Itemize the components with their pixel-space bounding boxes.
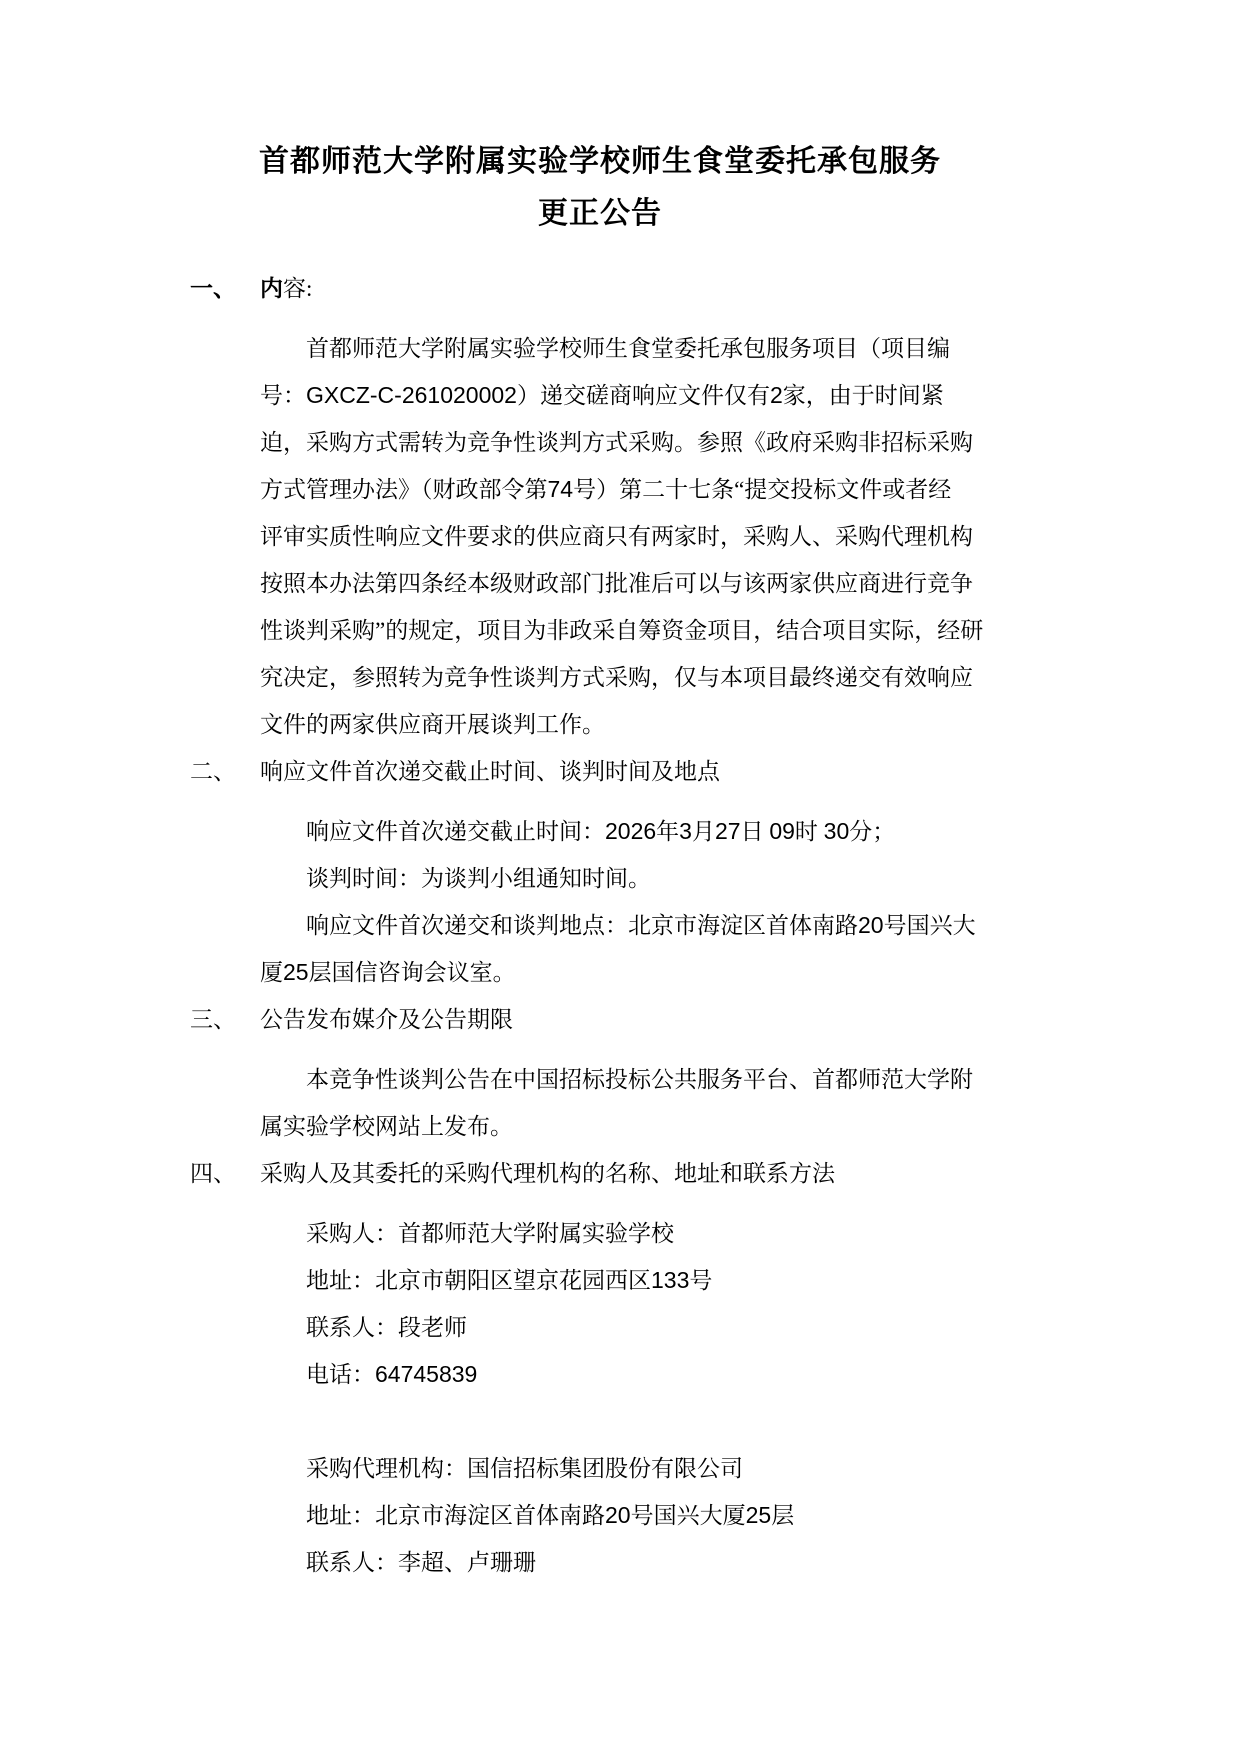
agency-address-line: 地址：北京市海淀区首体南路20号国兴大厦25层 [260, 1492, 1010, 1539]
section-heading-text-1: 内容: [260, 265, 312, 312]
paragraph-line: 按照本办法第四条经本级财政部门批准后可以与该两家供应商进行竞争 [260, 560, 1010, 607]
location-line-continued: 厦25层国信咨询会议室。 [260, 949, 1010, 996]
section-body-4: 采购人：首都师范大学附属实验学校 地址：北京市朝阳区望京花园西区133号 联系人… [260, 1210, 1010, 1586]
agency-name-line: 采购代理机构：国信招标集团股份有限公司 [260, 1445, 1010, 1492]
document-page: 首都师范大学附属实验学校师生食堂委托承包服务 更正公告 一、 内容: 首都师范大… [0, 0, 1240, 1752]
heading-regular-part: 容: [283, 276, 312, 301]
paragraph-line: 号：GXCZ-C-261020002）递交磋商响应文件仅有2家，由于时间紧 [260, 372, 1010, 419]
section-content: 一、 内容: 首都师范大学附属实验学校师生食堂委托承包服务项目（项目编 号：GX… [190, 265, 1010, 748]
section-number-2: 二、 [190, 748, 260, 795]
purchaser-contact-line: 联系人：段老师 [260, 1304, 1010, 1351]
paragraph-line: 性谈判采购”的规定，项目为非政采自筹资金项目，结合项目实际，经研 [260, 607, 1010, 654]
document-title: 首都师范大学附属实验学校师生食堂委托承包服务 更正公告 [190, 136, 1010, 240]
section-body-3: 本竞争性谈判公告在中国招标投标公共服务平台、首都师范大学附 属实验学校网站上发布… [260, 1056, 1010, 1150]
purchaser-address-line: 地址：北京市朝阳区望京花园西区133号 [260, 1257, 1010, 1304]
location-line: 响应文件首次递交和谈判地点：北京市海淀区首体南路20号国兴大 [260, 902, 1010, 949]
blank-line [260, 1398, 1010, 1445]
deadline-line: 响应文件首次递交截止时间：2026年3月27日 09时 30分； [260, 808, 1010, 855]
section-deadline: 二、 响应文件首次递交截止时间、谈判时间及地点 响应文件首次递交截止时间：202… [190, 748, 1010, 996]
document-title-line-2: 更正公告 [190, 188, 1010, 240]
media-line: 本竞争性谈判公告在中国招标投标公共服务平台、首都师范大学附 [260, 1056, 1010, 1103]
section-heading-4: 四、 采购人及其委托的采购代理机构的名称、地址和联系方法 [190, 1150, 1010, 1197]
section-number-4: 四、 [190, 1150, 260, 1197]
purchaser-name-line: 采购人：首都师范大学附属实验学校 [260, 1210, 1010, 1257]
section-media: 三、 公告发布媒介及公告期限 本竞争性谈判公告在中国招标投标公共服务平台、首都师… [190, 996, 1010, 1150]
section-heading-text-3: 公告发布媒介及公告期限 [260, 996, 513, 1043]
paragraph-line: 评审实质性响应文件要求的供应商只有两家时，采购人、采购代理机构 [260, 513, 1010, 560]
document-title-line-1: 首都师范大学附属实验学校师生食堂委托承包服务 [190, 136, 1010, 188]
paragraph-line: 迫，采购方式需转为竞争性谈判方式采购。参照《政府采购非招标采购 [260, 419, 1010, 466]
section-heading-2: 二、 响应文件首次递交截止时间、谈判时间及地点 [190, 748, 1010, 795]
paragraph-line: 文件的两家供应商开展谈判工作。 [260, 701, 1010, 748]
section-body-1: 首都师范大学附属实验学校师生食堂委托承包服务项目（项目编 号：GXCZ-C-26… [260, 325, 1010, 748]
section-heading-3: 三、 公告发布媒介及公告期限 [190, 996, 1010, 1043]
section-body-2: 响应文件首次递交截止时间：2026年3月27日 09时 30分； 谈判时间：为谈… [260, 808, 1010, 996]
heading-bold-part: 内 [260, 276, 283, 301]
section-number-1: 一、 [190, 265, 260, 312]
section-heading-text-4: 采购人及其委托的采购代理机构的名称、地址和联系方法 [260, 1150, 835, 1197]
paragraph-line: 究决定，参照转为竞争性谈判方式采购，仅与本项目最终递交有效响应 [260, 654, 1010, 701]
negotiation-time-line: 谈判时间：为谈判小组通知时间。 [260, 855, 1010, 902]
media-line-continued: 属实验学校网站上发布。 [260, 1103, 1010, 1150]
paragraph-line: 首都师范大学附属实验学校师生食堂委托承包服务项目（项目编 [260, 325, 1010, 372]
section-contacts: 四、 采购人及其委托的采购代理机构的名称、地址和联系方法 采购人：首都师范大学附… [190, 1150, 1010, 1586]
section-number-3: 三、 [190, 996, 260, 1043]
paragraph-line: 方式管理办法》（财政部令第74号）第二十七条“提交投标文件或者经 [260, 466, 1010, 513]
section-heading-text-2: 响应文件首次递交截止时间、谈判时间及地点 [260, 748, 720, 795]
purchaser-phone-line: 电话：64745839 [260, 1351, 1010, 1398]
section-heading-1: 一、 内容: [190, 265, 1010, 312]
agency-contact-line: 联系人：李超、卢珊珊 [260, 1539, 1010, 1586]
